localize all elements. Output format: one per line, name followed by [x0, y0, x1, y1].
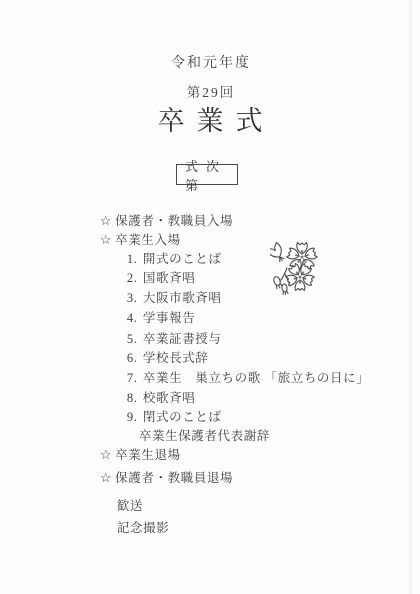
program-heading-box: 式次第 — [176, 164, 238, 185]
graduation-program-page: 令和元年度 第29回 卒業式 式次第 ☆保護者・教職員入場 ☆卒業生入場 1.開… — [0, 0, 420, 594]
school-year: 令和元年度 — [0, 52, 420, 72]
cherry-blossom-icon — [270, 239, 322, 296]
page-title: 卒業式 — [0, 99, 420, 138]
program-heading-label: 式次第 — [185, 156, 237, 194]
program-item-label: 記念撮影 — [117, 521, 169, 535]
closing-item-photo: 記念撮影 — [102, 503, 169, 551]
scan-edge-artifact — [409, 0, 412, 594]
ceremony-number: 第29回 — [0, 81, 420, 101]
star-icon: ☆ — [100, 232, 112, 248]
